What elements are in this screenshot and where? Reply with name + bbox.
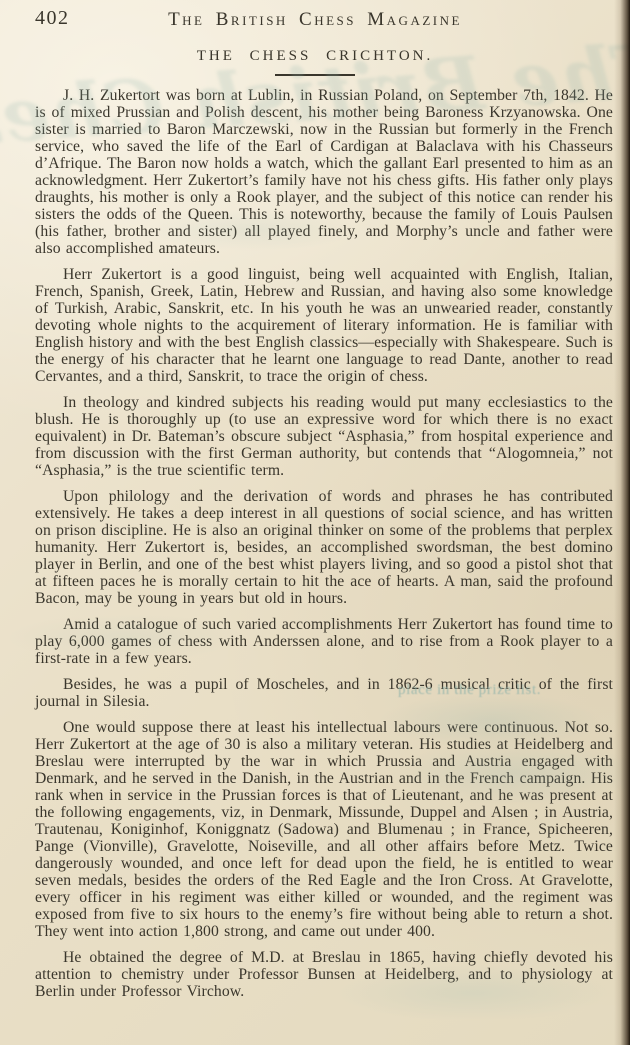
article-header: THE CHESS CRICHTON. xyxy=(0,48,630,76)
page-header: 402 The British Chess Magazine xyxy=(0,0,630,38)
article-body: J. H. Zukertort was born at Lublin, in R… xyxy=(35,87,613,1000)
magazine-title: The British Chess Magazine xyxy=(0,9,630,31)
scanned-page: The British Chess Magazine place in the … xyxy=(0,0,630,1045)
paragraph-4: Upon philology and the derivation of wor… xyxy=(35,488,613,607)
page-edge-shadow xyxy=(614,0,630,1045)
paragraph-8: He obtained the degree of M.D. at Bresla… xyxy=(35,949,613,1000)
paragraph-7: One would suppose there at least his int… xyxy=(35,719,613,940)
title-rule xyxy=(275,74,355,76)
page-number: 402 xyxy=(35,7,70,30)
paragraph-2: Herr Zukertort is a good linguist, being… xyxy=(35,266,613,385)
paragraph-1: J. H. Zukertort was born at Lublin, in R… xyxy=(35,87,613,257)
paragraph-6: Besides, he was a pupil of Moscheles, an… xyxy=(35,676,613,710)
article-title: THE CHESS CRICHTON. xyxy=(0,48,630,65)
paragraph-5: Amid a catalogue of such varied accompli… xyxy=(35,616,613,667)
paragraph-3: In theology and kindred subjects his rea… xyxy=(35,394,613,479)
